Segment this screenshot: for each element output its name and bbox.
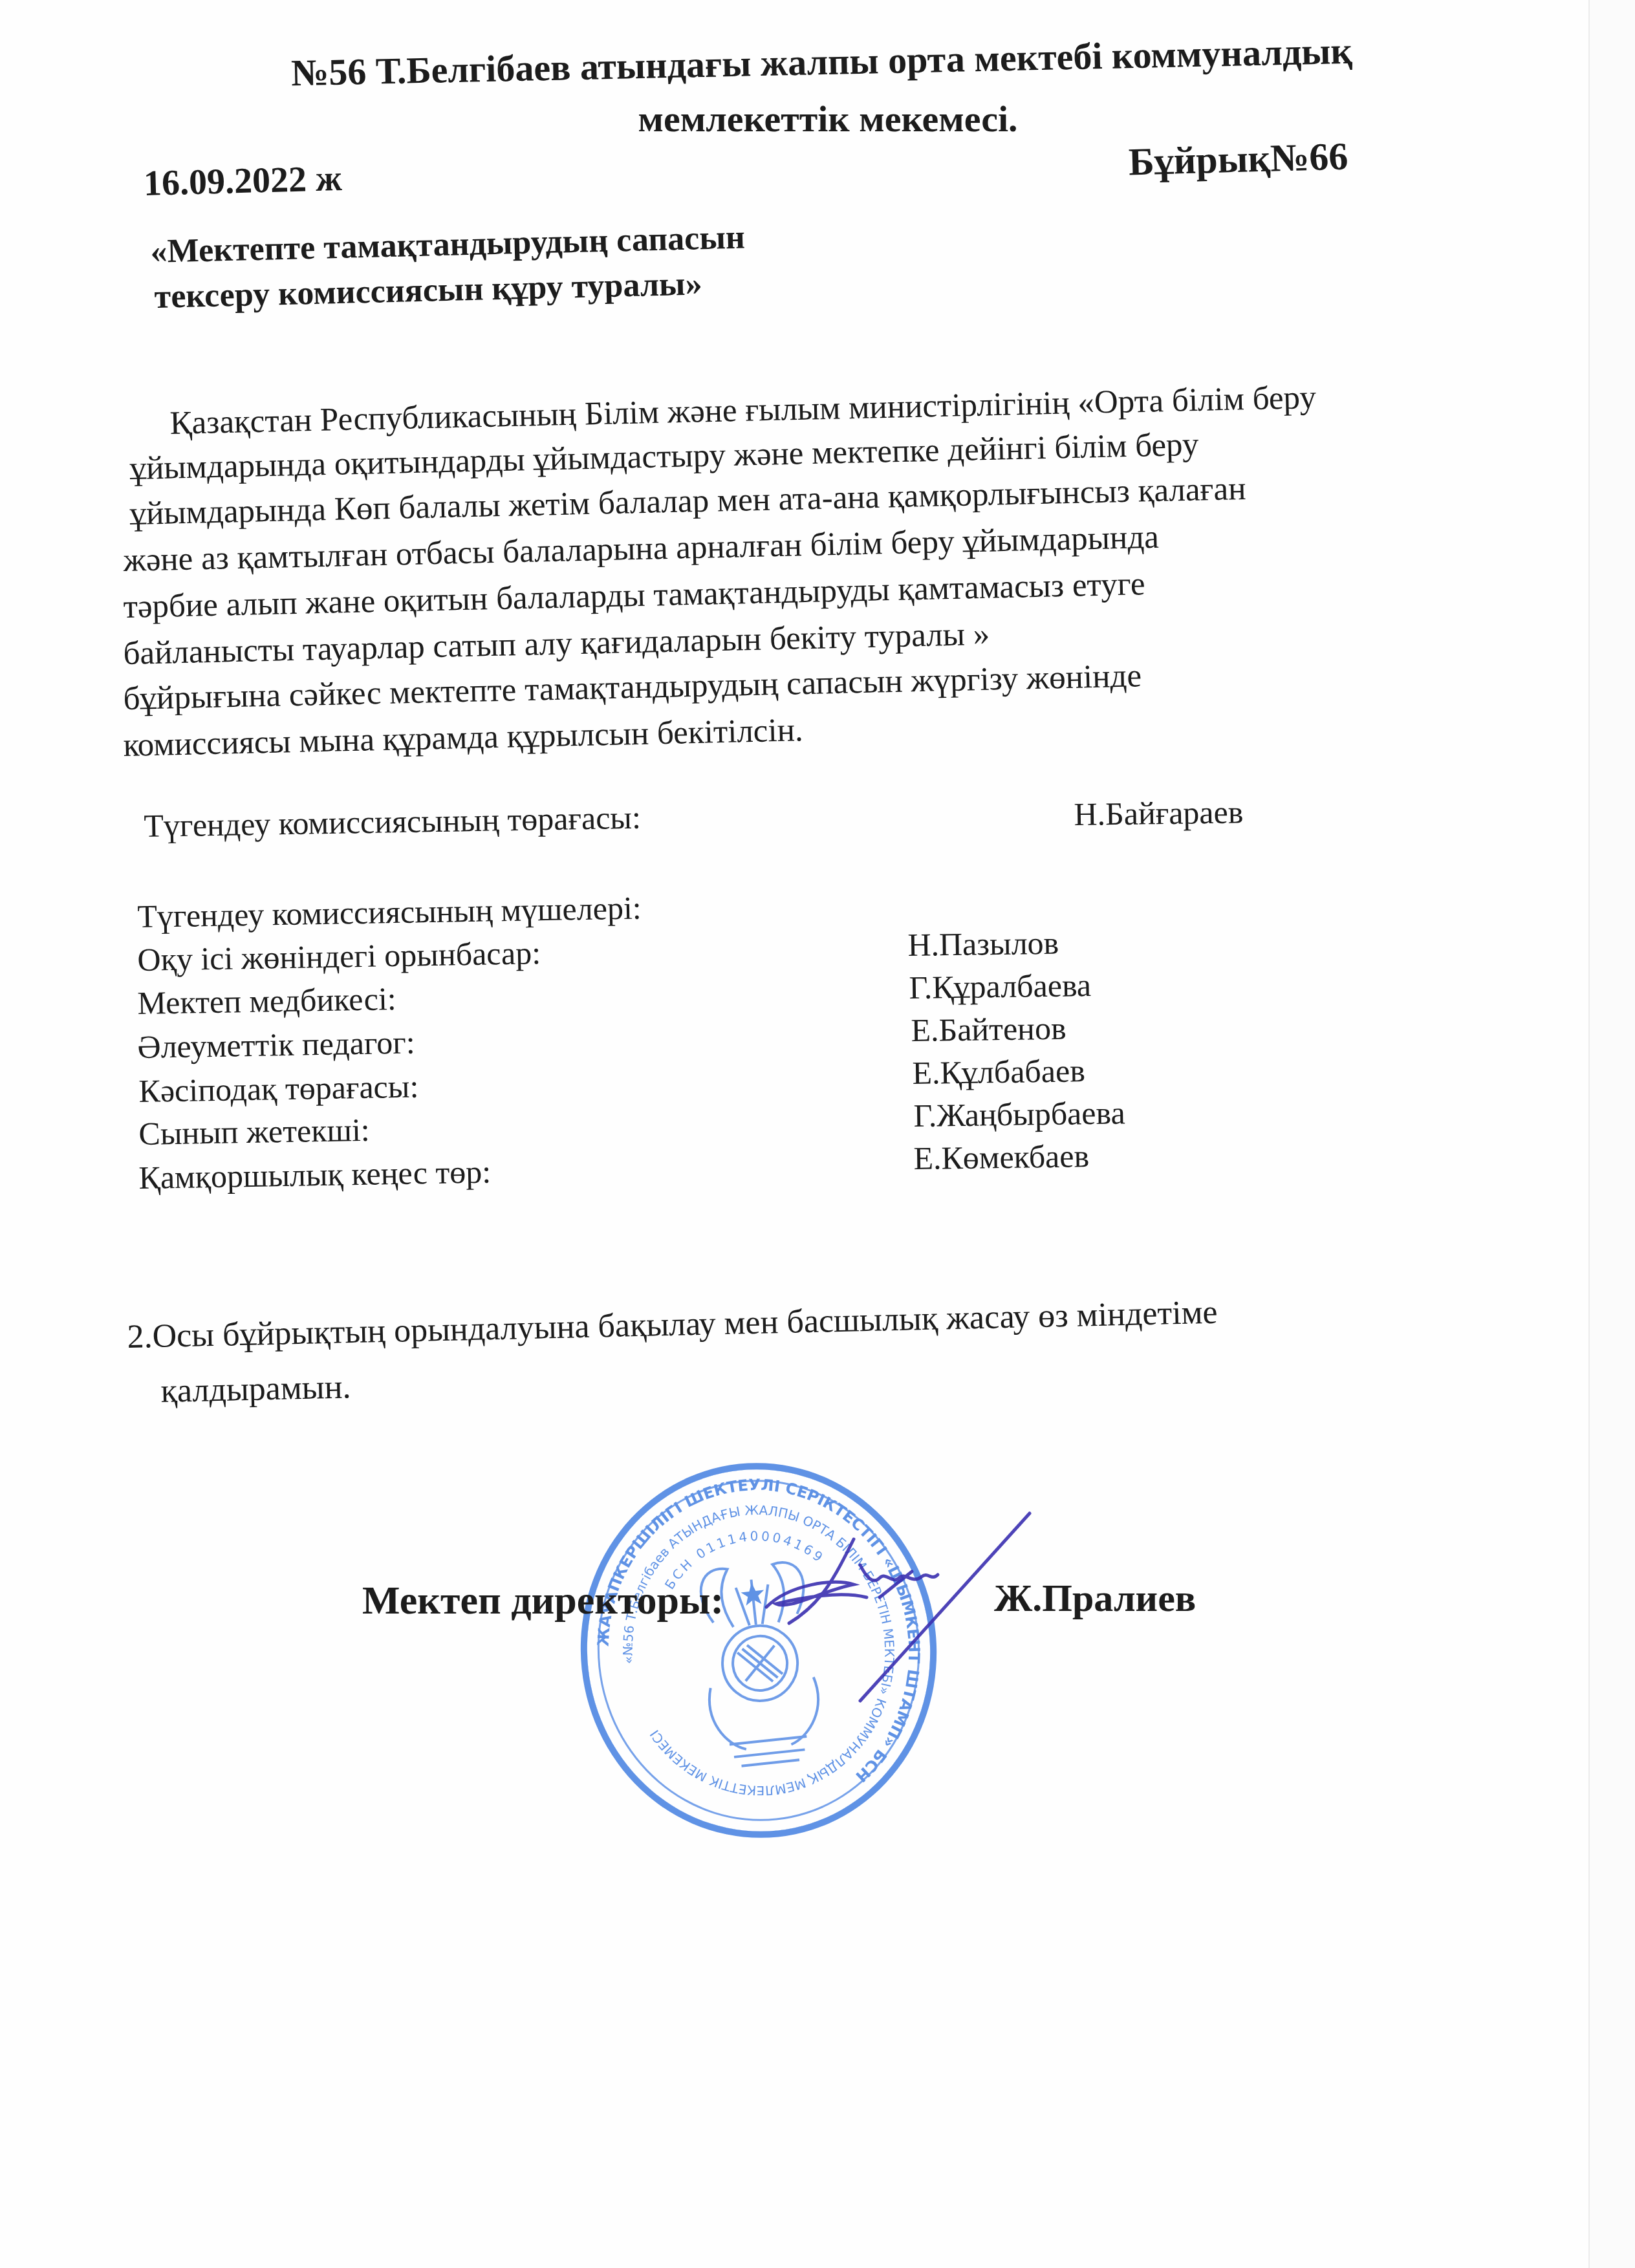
order-number: Бұйрық№66 [1128,135,1348,185]
member-name: Г.Құралбаева [909,966,1091,1006]
subject-line1: «Мектепте тамақтандырудың сапасын [150,219,746,271]
director-name: Ж.Пралиев [994,1576,1196,1621]
member-role: Оқу ісі жөніндегі орынбасар: [137,934,541,978]
member-role: Сынып жетекші: [138,1111,370,1152]
member-name: Е.Көмекбаев [913,1137,1090,1177]
member-name: Е.Байтенов [911,1010,1067,1049]
subject-line2: тексеру комиссиясын құру туралы» [154,265,702,316]
institution-title-line2: мемлекеттік мекемесі. [213,97,1442,140]
clause2-line2: қалдырамын. [160,1370,351,1409]
member-name: Г.Жаңбырбаева [913,1094,1125,1134]
director-label: Мектеп директоры: [362,1578,724,1624]
order-date: 16.09.2022 ж [143,158,342,204]
member-name: Н.Пазылов [907,924,1059,964]
body-line: тәрбие алып жане оқитын балаларды тамақт… [123,568,1145,624]
chair-name: Н.Байғараев [1074,793,1244,833]
member-role: Әлеуметтік педагог: [137,1024,415,1066]
body-line: комиссиясы мына құрамда құрылсын бекітіл… [123,714,803,762]
body-line: байланысты тауарлар сатып алу қағидалары… [123,618,990,671]
scan-edge [1588,0,1635,2268]
member-role: Мектеп медбикесі: [137,980,396,1022]
member-name: Е.Құлбабаев [912,1052,1085,1092]
members-heading: Түгендеу комиссиясының мүшелері: [137,889,642,935]
chair-label: Түгендеу комиссиясының төрағасы: [144,799,641,845]
document-page: №56 Т.Белгібаев атындағы жалпы орта мект… [0,0,1635,2268]
member-role: Қамқоршылық кеңес төр: [138,1152,492,1196]
member-role: Кәсіподақ төрағасы: [138,1067,419,1110]
institution-title-line1: №56 Т.Белгібаев атындағы жалпы орта мект… [207,27,1436,96]
clause2-line1: 2.Осы бұйрықтың орындалуына бақылау мен … [127,1296,1218,1354]
